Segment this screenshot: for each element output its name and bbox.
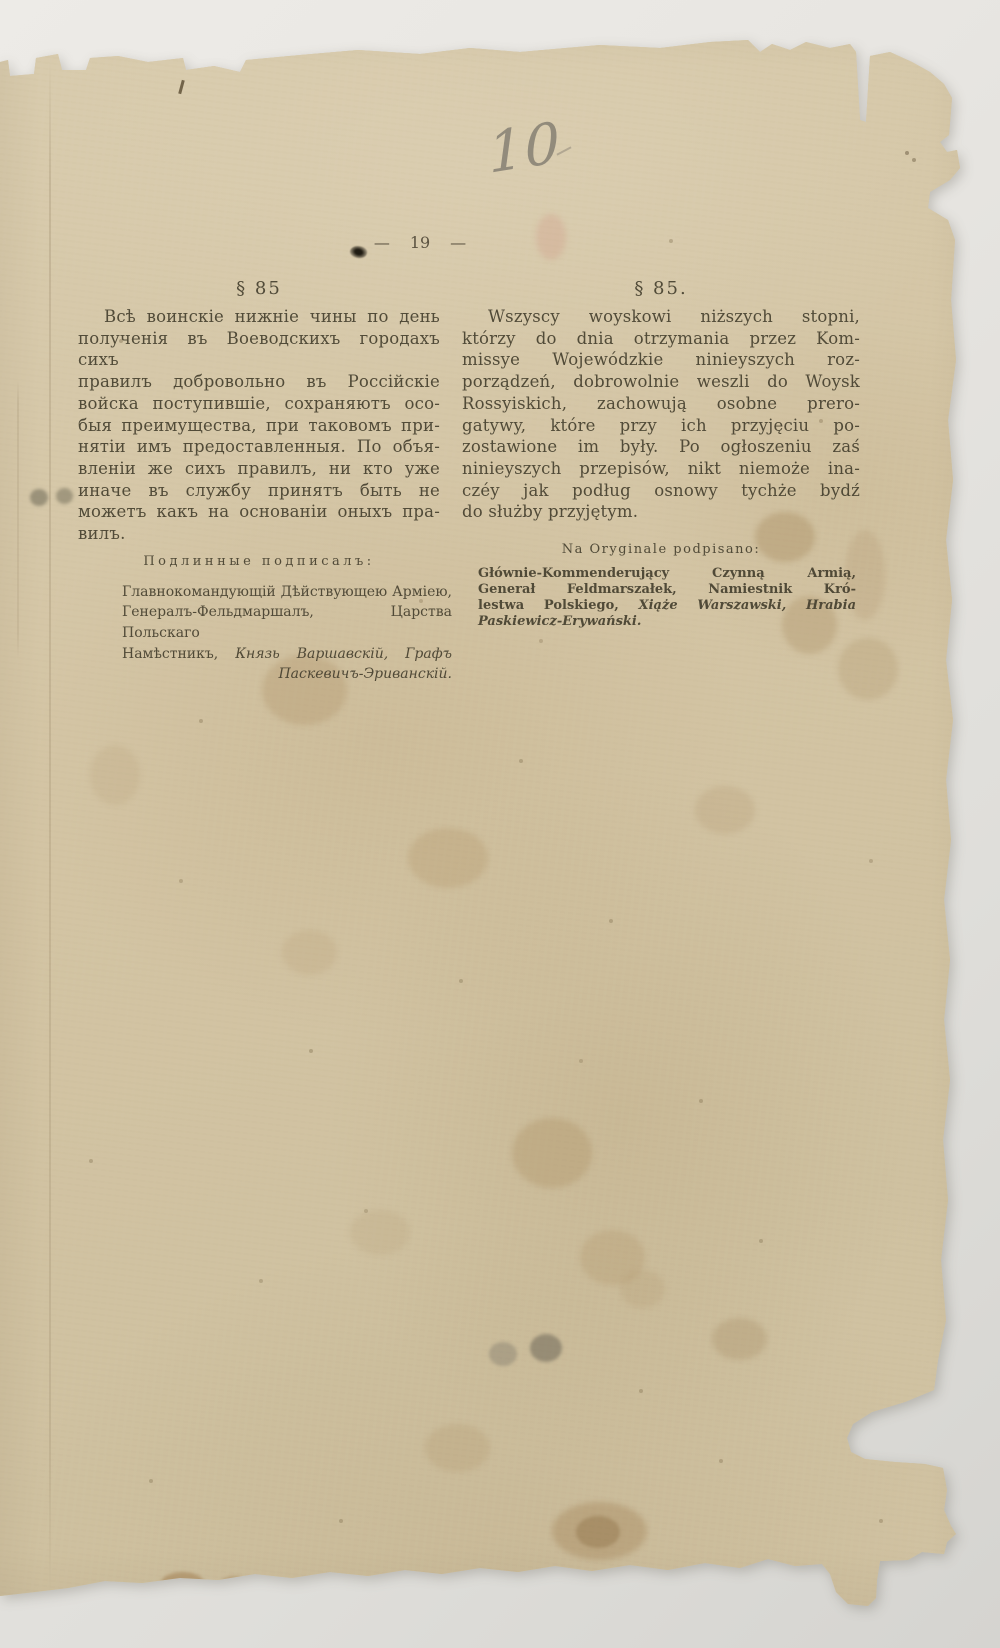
text-line: правилъ добровольно въ Россійскіе (78, 371, 440, 393)
paper-fiber (178, 80, 185, 94)
stain-mark (712, 1318, 767, 1360)
fold-crease (49, 58, 51, 1598)
russian-section-heading: § 85 (78, 278, 440, 300)
russian-signature-name: Паскевичъ-Эриванскій. (122, 664, 452, 685)
polish-paragraph: Wszyscy woyskowi niższych stopni,którzy … (462, 306, 860, 501)
text-line: войска поступившіе, сохраняютъ осо- (78, 393, 440, 415)
text-line: нятіи имъ предоставленныя. По объя- (78, 436, 440, 458)
stain-mark (160, 1572, 205, 1597)
signature-line: Намѣстникъ, Князь Варшавскій, Графъ (122, 644, 452, 665)
paper-shadow: 10 — 19 — § 85 Всѣ воинскіе нижніе чины … (0, 0, 1000, 1648)
stain-mark (838, 638, 898, 700)
signature-text: Głównie-Kommenderujący Czynną Armią, (478, 566, 856, 581)
text-line: Всѣ воинскіе нижніе чины по день (78, 306, 440, 328)
polish-signature-heading: Na Oryginale podpisano: (462, 542, 860, 558)
text-line: missye Wojewódzkie ninieyszych roz- (462, 349, 860, 371)
polish-column: § 85. Wszyscy woyskowi niższych stopni,k… (462, 278, 860, 630)
text-line: czéy jak podług osnowy tychże bydź (462, 480, 860, 502)
stain-mark (425, 1424, 490, 1472)
signature-title-italic: Князь Варшавскій, Графъ (235, 646, 452, 662)
polish-paragraph-last-line: do służby przyjętym. (462, 501, 860, 523)
text-line: porządzeń, dobrowolnie weszli do Woysk (462, 371, 860, 393)
document-page: 10 — 19 — § 85 Всѣ воинскіе нижніе чины … (0, 0, 1000, 1648)
stain-mark (489, 1342, 517, 1366)
text-line: вленіи же сихъ правилъ, ни кто уже (78, 458, 440, 480)
header-right-dash: — (450, 233, 466, 252)
header-left-dash: — (374, 233, 390, 252)
signature-line: Генералъ-Фельдмаршалъ, Царства Польскаго (122, 602, 452, 643)
stain-mark (530, 1334, 562, 1362)
page-number: 19 (410, 233, 430, 252)
stain-mark (580, 1230, 645, 1285)
signature-line: Głównie-Kommenderujący Czynną Armią, (478, 566, 856, 582)
text-line: Rossyiskich, zachowują osobne prero- (462, 393, 860, 415)
signature-line: lestwa Polskiego, Xiąże Warszawski, Hrab… (478, 598, 856, 614)
signature-text: Намѣстникъ, (122, 646, 235, 662)
signature-text: lestwa Polskiego, (478, 598, 639, 613)
russian-paragraph: Всѣ воинскіе нижніе чины по деньполучені… (78, 306, 440, 523)
polish-signature-block: Głównie-Kommenderujący Czynną Armią,Gene… (478, 566, 856, 614)
scan-background: 10 — 19 — § 85 Всѣ воинскіе нижніе чины … (0, 0, 1000, 1648)
russian-signature-heading: Подлинные подписалъ: (78, 554, 440, 570)
russian-column: § 85 Всѣ воинскіе нижніе чины по деньпол… (78, 278, 440, 685)
text-line: którzy do dnia otrzymania przez Kom- (462, 328, 860, 350)
stain-mark (576, 1516, 620, 1548)
russian-signature-block: Главнокомандующій Дѣйствующею Арміею,Ген… (122, 582, 452, 664)
stain-mark (220, 1576, 248, 1594)
stain-mark (536, 214, 566, 260)
signature-line: Главнокомандующій Дѣйствующею Арміею, (122, 582, 452, 603)
text-line: быя преимущества, при таковомъ при- (78, 415, 440, 437)
fold-crease-secondary (17, 380, 19, 660)
text-line: иначе въ службу принятъ быть не (78, 480, 440, 502)
signature-text: Генералъ-Фельдмаршалъ, Царства Польскаго (122, 604, 452, 641)
handwritten-page-number: 10 (487, 110, 563, 187)
text-line: zostawione im były. Po ogłoszeniu zaś (462, 436, 860, 458)
stain-mark (350, 1210, 410, 1255)
stain-mark (56, 488, 73, 504)
stain-mark (30, 489, 48, 506)
stain-mark (552, 1502, 647, 1560)
stain-mark (408, 828, 488, 888)
polish-signature-name: Paskiewicz-Erywański. (478, 614, 856, 630)
text-line: Wszyscy woyskowi niższych stopni, (462, 306, 860, 328)
polish-section-heading: § 85. (462, 278, 860, 300)
stain-mark (512, 1118, 592, 1188)
signature-line: Generał Feldmarszałek, Namiestnik Kró- (478, 582, 856, 598)
stain-mark (695, 786, 755, 834)
text-line: ninieyszych przepisów, nikt niemoże ina- (462, 458, 860, 480)
text-line: можетъ какъ на основаніи оныхъ пра- (78, 501, 440, 523)
text-line: gatywy, które przy ich przyjęciu po- (462, 415, 860, 437)
paper-specks (0, 0, 2, 2)
russian-paragraph-last-line: вилъ. (78, 523, 440, 545)
signature-text: Generał Feldmarszałek, Namiestnik Kró- (478, 582, 856, 597)
stain-mark (620, 1270, 665, 1308)
stain-mark (282, 930, 337, 975)
signature-title-italic: Xiąże Warszawski, Hrabia (639, 598, 856, 613)
signature-text: Главнокомандующій Дѣйствующею Арміею, (122, 584, 452, 600)
text-line: полученія въ Воеводскихъ городахъ сихъ (78, 328, 440, 371)
stain-mark (90, 745, 140, 805)
